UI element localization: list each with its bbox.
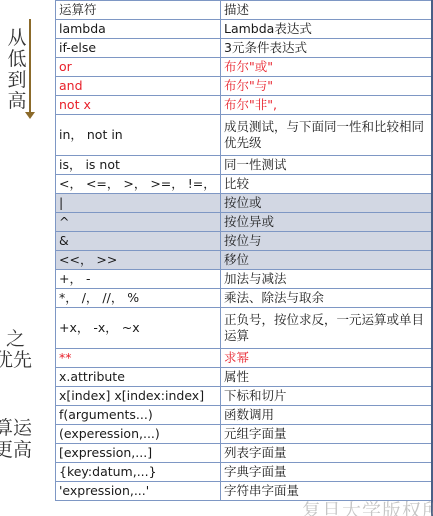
description-cell: 字符串字面量: [221, 482, 433, 501]
description-cell: 按位与: [221, 232, 433, 251]
description-cell: 布尔"或": [221, 58, 433, 77]
operator-cell: lambda: [56, 20, 221, 39]
operator-cell: or: [56, 58, 221, 77]
description-cell: 求幂: [221, 349, 433, 368]
operator-cell: not x: [56, 96, 221, 115]
table-row: if-else3元条件表达式: [56, 39, 433, 58]
table-row: +， -加法与减法: [56, 270, 433, 289]
operator-cell: and: [56, 77, 221, 96]
description-cell: Lambda表达式: [221, 20, 433, 39]
operator-cell: x[index] x[index:index]: [56, 387, 221, 406]
description-cell: 函数调用: [221, 406, 433, 425]
side-text-bottom-1: 算运: [0, 418, 32, 439]
side-text-mid-1: 之: [6, 329, 25, 350]
operator-cell: is， is not: [56, 156, 221, 175]
down-arrow-icon: [29, 19, 31, 113]
operator-cell: |: [56, 194, 221, 213]
description-cell: 成员测试，与下面同一性和比较相同优先级: [221, 115, 433, 156]
table-header-row: 运算符 描述: [56, 1, 433, 20]
header-operator: 运算符: [56, 1, 221, 20]
table-row: or布尔"或": [56, 58, 433, 77]
table-row: [expression,...]列表字面量: [56, 444, 433, 463]
description-cell: 按位或: [221, 194, 433, 213]
operator-cell: f(arguments...): [56, 406, 221, 425]
operator-cell: {key:datum,...}: [56, 463, 221, 482]
description-cell: 比较: [221, 175, 433, 194]
table-row: 'expression,...'字符串字面量: [56, 482, 433, 501]
header-description: 描述: [221, 1, 433, 20]
description-cell: 3元条件表达式: [221, 39, 433, 58]
description-cell: 乘法、除法与取余: [221, 289, 433, 308]
description-cell: 元组字面量: [221, 425, 433, 444]
operator-cell: [expression,...]: [56, 444, 221, 463]
operator-cell: *， /， //， %: [56, 289, 221, 308]
operator-precedence-table: 运算符 描述 lambdaLambda表达式 if-else3元条件表达式 or…: [55, 0, 433, 501]
table-row: f(arguments...)函数调用: [56, 406, 433, 425]
operator-cell: **: [56, 349, 221, 368]
side-text-bottom-2: 更高: [0, 440, 32, 461]
table-row: lambdaLambda表达式: [56, 20, 433, 39]
operator-cell: &: [56, 232, 221, 251]
table-row: not x布尔"非",: [56, 96, 433, 115]
table-row: and布尔"与": [56, 77, 433, 96]
description-cell: 同一性测试: [221, 156, 433, 175]
operator-cell: ^: [56, 213, 221, 232]
table-row: x[index] x[index:index]下标和切片: [56, 387, 433, 406]
operator-cell: x.attribute: [56, 368, 221, 387]
operator-cell: 'expression,...': [56, 482, 221, 501]
operator-cell: +x， -x， ~x: [56, 308, 221, 349]
side-text-mid-2: 优先: [0, 350, 32, 371]
description-cell: 布尔"非",: [221, 96, 433, 115]
table-row: &按位与: [56, 232, 433, 251]
table-row: **求幂: [56, 349, 433, 368]
description-cell: 属性: [221, 368, 433, 387]
table-row: |按位或: [56, 194, 433, 213]
table-row: <， <=， >， >=， !=， ==比较: [56, 175, 433, 194]
description-cell: 加法与减法: [221, 270, 433, 289]
table-row: *， /， //， %乘法、除法与取余: [56, 289, 433, 308]
operator-cell: <， <=， >， >=， !=， ==: [56, 175, 221, 194]
table-row: +x， -x， ~x正负号，按位求反，一元运算或单目运算: [56, 308, 433, 349]
table-row: <<， >>移位: [56, 251, 433, 270]
description-cell: 移位: [221, 251, 433, 270]
description-cell: 列表字面量: [221, 444, 433, 463]
operator-cell: in， not in: [56, 115, 221, 156]
low-to-high-label: 从低到高: [6, 28, 28, 112]
operator-cell: +， -: [56, 270, 221, 289]
table-row: x.attribute属性: [56, 368, 433, 387]
table-row: is， is not同一性测试: [56, 156, 433, 175]
operator-cell: <<， >>: [56, 251, 221, 270]
description-cell: 按位异或: [221, 213, 433, 232]
table-row: ^按位异或: [56, 213, 433, 232]
table-row: {key:datum,...}字典字面量: [56, 463, 433, 482]
table-row: in， not in成员测试，与下面同一性和比较相同优先级: [56, 115, 433, 156]
operator-cell: if-else: [56, 39, 221, 58]
description-cell: 布尔"与": [221, 77, 433, 96]
description-cell: 字典字面量: [221, 463, 433, 482]
table-row: (experession,...)元组字面量: [56, 425, 433, 444]
operator-cell: (experession,...): [56, 425, 221, 444]
description-cell: 正负号，按位求反，一元运算或单目运算: [221, 308, 433, 349]
description-cell: 下标和切片: [221, 387, 433, 406]
